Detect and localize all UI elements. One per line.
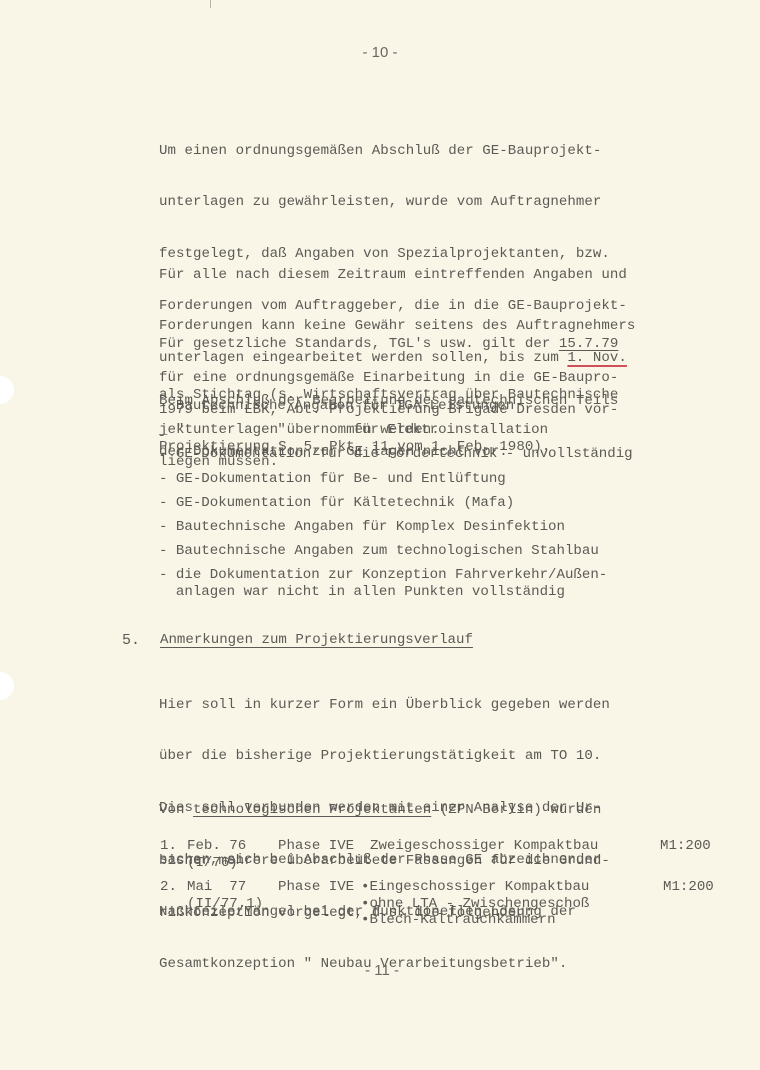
- list-item: - die Dokumentation zur Konzeption Fahrv…: [159, 567, 607, 601]
- punch-hole-icon: [0, 376, 14, 404]
- version-code: (I/76): [187, 855, 238, 872]
- version-date: Feb. 76: [187, 838, 246, 855]
- list-item: - GE-Dokumentation für Be- und Entlüftun…: [159, 471, 506, 488]
- page-number-top: - 10 -: [0, 44, 760, 61]
- document-page: - 10 - Um einen ordnungsgemäßen Abschluß…: [0, 0, 760, 1070]
- list-item: - GE-Dokumentation für Kältetechnik (Maf…: [159, 495, 514, 512]
- version-desc: •ohne LTA - Zwischengeschoß: [361, 896, 589, 913]
- version-phase: Phase IVE: [278, 879, 354, 896]
- version-desc: •Eingeschossiger Kompaktbau: [361, 879, 589, 896]
- page-number-bottom: - 11 -: [2, 962, 760, 979]
- version-scale: M1:200: [663, 879, 714, 896]
- version-code: (II/77.1): [187, 896, 263, 913]
- version-scale: M1:200: [660, 838, 711, 855]
- cutoff-date: 15.7.79: [559, 336, 619, 352]
- version-date: Mai 77: [187, 879, 246, 896]
- list-item: - Bautechnische Angaben für Komplex Desi…: [159, 519, 565, 536]
- underlined-term: technologischen Projektanten: [193, 802, 431, 818]
- version-phase: Phase IVE: [278, 838, 354, 855]
- section-number: 5.: [122, 632, 140, 649]
- paper-crease-mark: [210, 0, 211, 8]
- list-item: - Bautechnische Angaben zum technologisc…: [159, 543, 599, 560]
- version-desc: •Blech-Kaltrauchkammern: [361, 912, 556, 929]
- version-desc: Zweigeschossiger Kompaktbau: [370, 838, 598, 855]
- list-item: - Bautechnische Angaben für TGA-Leistung…: [159, 398, 514, 415]
- list-item: _ " " für Elektroinstallation: [159, 422, 548, 439]
- list-item: - GE-Dokumentation für die Fördertechnik…: [159, 446, 633, 463]
- section-title: Anmerkungen zum Projektierungsverlauf: [160, 632, 473, 648]
- punch-hole-icon: [0, 672, 14, 700]
